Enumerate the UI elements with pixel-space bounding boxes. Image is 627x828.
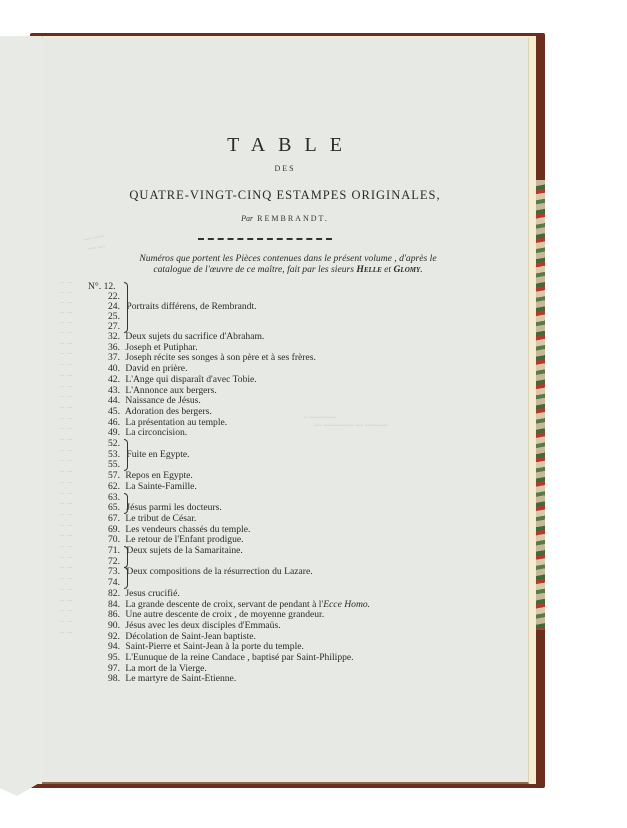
entry-number: 46.: [108, 417, 120, 428]
list-item: 46. La présentation au temple.: [108, 417, 227, 428]
list-item: 82. Jesus crucifié.: [108, 588, 180, 599]
entry-number: 40.: [108, 363, 120, 374]
list-item: 49. La circoncision.: [108, 427, 187, 438]
entry-title-italic: Ecce Homo.: [323, 599, 370, 610]
brace: [124, 493, 128, 515]
list-item: 94. Saint-Pierre et Saint-Jean à la port…: [108, 641, 304, 652]
pencil-margin-note: ·· ···: [60, 340, 72, 348]
entry-title: Repos en Egypte.: [123, 470, 193, 481]
entry-number: 42.: [108, 374, 120, 385]
pencil-annotation: ~ ~~~~~~~: [304, 414, 336, 422]
entry-number: 90.: [108, 620, 120, 631]
pencil-margin-note: ·· ···: [60, 468, 72, 476]
pencil-margin-note: ·· ···: [60, 372, 72, 380]
entry-number: 53.: [108, 449, 120, 460]
entry-number: 57.: [108, 470, 120, 481]
entry-number: 44.: [108, 395, 120, 406]
name-glomy: Glomy: [393, 264, 420, 275]
entry-title: Portraits différens, de Rembrandt.: [124, 301, 257, 312]
pencil-margin-note: ·· ···: [60, 629, 72, 637]
pencil-margin-note: ·· ···: [60, 319, 72, 327]
list-item: 32. Deux sujets du sacrifice d'Abraham.: [108, 331, 264, 342]
title-des: DES: [42, 164, 528, 173]
entry-number: 95.: [108, 652, 120, 663]
entry-title: La circoncision.: [123, 427, 187, 438]
intro-paragraph: Numéros que portent les Pièces contenues…: [108, 253, 468, 275]
list-item: 57. Repos en Egypte.: [108, 470, 193, 481]
entry-number: 63.: [108, 492, 120, 503]
list-item: 44. Naissance de Jésus.: [108, 395, 201, 406]
entry-number: 73.: [108, 566, 120, 577]
entry-title: Le tribut de César.: [123, 513, 196, 524]
list-item: 71. Deux sujets de la Samaritaine.: [108, 545, 243, 556]
list-item: 40. David en prière.: [108, 363, 187, 374]
entry-title: La Sainte-Famille.: [123, 481, 197, 492]
list-item: 52.: [108, 438, 120, 449]
entry-title: Naissance de Jésus.: [123, 395, 201, 406]
pencil-margin-note: ·· ···: [60, 415, 72, 423]
entry-title: La grande descente de croix, servant de …: [123, 599, 323, 610]
list-item: 72.: [108, 556, 120, 567]
list-item: 42. L'Ange qui disparaît d'avec Tobie.: [108, 374, 257, 385]
marbled-endpaper: [536, 180, 545, 630]
facing-leaf: [0, 36, 43, 796]
list-item: 63.: [108, 492, 120, 503]
entry-number: 92.: [108, 631, 120, 642]
par-prefix: Par: [241, 214, 253, 223]
pencil-margin-note: ·· ···: [60, 309, 72, 317]
list-item: 36. Joseph et Putiphar.: [108, 342, 198, 353]
entry-title: Les vendeurs chassés du temple.: [123, 524, 250, 535]
entry-title: La présentation au temple.: [123, 417, 227, 428]
pencil-margin-note: ·· ···: [60, 383, 72, 391]
entry-number: 97.: [108, 663, 120, 674]
entry-number: 45.: [108, 406, 120, 417]
pencil-margin-note: ·· ···: [60, 436, 72, 444]
pencil-margin-note: ·· ···: [60, 543, 72, 551]
list-item: 92. Décolation de Saint-Jean baptiste.: [108, 631, 256, 642]
entry-title: La mort de la Vierge.: [123, 663, 207, 674]
pencil-margin-note: ·· ···: [60, 554, 72, 562]
entry-title: Le retour de l'Enfant prodigue.: [123, 534, 244, 545]
intro-text: .: [420, 264, 422, 275]
entry-number: 36.: [108, 342, 120, 353]
entry-title: Deux compositions de la résurrection du …: [124, 566, 313, 577]
intro-line-2: catalogue de l'œuvre de ce maître, fait …: [108, 264, 468, 275]
entry-number: 71.: [108, 545, 120, 556]
list-item: 74.: [108, 577, 120, 588]
entry-number: 69.: [108, 524, 120, 535]
list-item: 24. Portraits différens, de Rembrandt.: [108, 301, 257, 312]
list-item: 69. Les vendeurs chassés du temple.: [108, 524, 250, 535]
pencil-margin-note: ·· ···: [60, 393, 72, 401]
brace: [124, 439, 128, 471]
pencil-margin-note: ·· ···: [60, 479, 72, 487]
entry-title: Décolation de Saint-Jean baptiste.: [123, 631, 256, 642]
intro-line-1: Numéros que portent les Pièces contenues…: [108, 253, 468, 264]
entry-title: Le martyre de Saint-Etienne.: [123, 673, 236, 684]
document-page: TABLE DES QUATRE-VINGT-CINQ ESTAMPES ORI…: [42, 38, 529, 784]
entry-number: 37.: [108, 352, 120, 363]
pencil-margin-note: ·· ···: [60, 597, 72, 605]
pencil-margin-note: ·· ···: [60, 289, 72, 297]
entry-number: 65.: [108, 502, 120, 513]
list-item: 90. Jésus avec les deux disciples d'Emma…: [108, 620, 281, 631]
pencil-margin-note: ·· ···: [60, 425, 72, 433]
list-item: 55.: [108, 459, 120, 470]
brace: [124, 282, 128, 333]
ornamental-rule: [198, 238, 332, 240]
entry-number: 98.: [108, 673, 120, 684]
list-item: 73. Deux compositions de la résurrection…: [108, 566, 313, 577]
number-label: N°.: [88, 281, 104, 292]
pencil-annotation: ~~ ~~~~~~~~ ~~ ~~~~~~: [314, 422, 387, 430]
pencil-margin-note: ·· ···: [60, 511, 72, 519]
list-item: 70. Le retour de l'Enfant prodigue.: [108, 534, 244, 545]
list-item: 43. L'Annonce aux bergers.: [108, 385, 217, 396]
entry-number: 32.: [108, 331, 120, 342]
pencil-margin-note: ·· ···: [60, 522, 72, 530]
list-item: 45. Adoration des bergers.: [108, 406, 212, 417]
entry-title: Jésus avec les deux disciples d'Emmaüs.: [123, 620, 281, 631]
entry-number: 74.: [108, 577, 120, 588]
entry-number: 55.: [108, 459, 120, 470]
entry-title: Deux sujets du sacrifice d'Abraham.: [123, 331, 264, 342]
entry-number: 86.: [108, 609, 120, 620]
pencil-margin-note: ·· ···: [60, 618, 72, 626]
page-title: TABLE: [42, 134, 528, 157]
pencil-margin-note: ·· ···: [60, 532, 72, 540]
entry-title: Deux sujets de la Samaritaine.: [124, 545, 243, 556]
pencil-margin-note: ·· ···: [60, 350, 72, 358]
entry-number: 52.: [108, 438, 120, 449]
pencil-margin-note: ·· ···: [60, 279, 72, 287]
entry-title: Joseph récite ses songes à son père et à…: [123, 352, 316, 363]
pencil-margin-note: ·· ···: [60, 329, 72, 337]
entry-number: 72.: [108, 556, 120, 567]
author-line: Par REMBRANDT.: [42, 214, 528, 223]
author-name: REMBRANDT.: [257, 214, 329, 223]
entry-title: L'Annonce aux bergers.: [123, 385, 217, 396]
pencil-margin-note: ·· ···: [60, 500, 72, 508]
list-item: 62. La Sainte-Famille.: [108, 481, 197, 492]
entry-number: 49.: [108, 427, 120, 438]
list-item: 37. Joseph récite ses songes à son père …: [108, 352, 316, 363]
list-item: 97. La mort de la Vierge.: [108, 663, 207, 674]
entry-title: David en prière.: [123, 363, 187, 374]
entry-title: Saint-Pierre et Saint-Jean à la porte du…: [123, 641, 304, 652]
entry-title: Une autre descente de croix , de moyenne…: [123, 609, 324, 620]
entry-number: 62.: [108, 481, 120, 492]
page-subtitle: QUATRE-VINGT-CINQ ESTAMPES ORIGINALES,: [42, 188, 528, 203]
entry-title: Jésus parmi les docteurs.: [124, 502, 222, 513]
pencil-margin-note: ·· ···: [60, 299, 72, 307]
list-item: 95. L'Eunuque de la reine Candace , bapt…: [108, 652, 354, 663]
entry-title: Adoration des bergers.: [123, 406, 212, 417]
pencil-margin-note: ·· ···: [60, 361, 72, 369]
entry-title: Joseph et Putiphar.: [123, 342, 198, 353]
pencil-margin-note: ·· ···: [60, 564, 72, 572]
list-item: 98. Le martyre de Saint-Etienne.: [108, 673, 236, 684]
entry-title: L'Ange qui disparaît d'avec Tobie.: [123, 374, 257, 385]
entry-number: 67.: [108, 513, 120, 524]
entry-number: 70.: [108, 534, 120, 545]
entry-title: L'Eunuque de la reine Candace , baptisé …: [123, 652, 354, 663]
pencil-margin-note: ·· ···: [60, 447, 72, 455]
entry-title: Jesus crucifié.: [123, 588, 180, 599]
pencil-annotation: ~~ ~~: [88, 243, 106, 253]
entry-number: 43.: [108, 385, 120, 396]
intro-text: catalogue de l'œuvre de ce maître, fait …: [153, 264, 356, 275]
pencil-margin-note: ·· ···: [60, 575, 72, 583]
entry-title: Fuite en Egypte.: [124, 449, 190, 460]
entry-number: 82.: [108, 588, 120, 599]
name-helle: Helle: [356, 264, 381, 275]
pencil-margin-note: ·· ···: [60, 607, 72, 615]
brace: [124, 546, 128, 568]
list-item: 84. La grande descente de croix, servant…: [108, 599, 370, 610]
pencil-margin-note: ·· ···: [60, 404, 72, 412]
brace: [124, 567, 128, 589]
entry-number: 94.: [108, 641, 120, 652]
list-item: 67. Le tribut de César.: [108, 513, 196, 524]
list-item: 53. Fuite en Egypte.: [108, 449, 190, 460]
pencil-margin-note: ·· ···: [60, 457, 72, 465]
pencil-margin-note: ·· ···: [60, 490, 72, 498]
pencil-margin-note: ·· ···: [60, 586, 72, 594]
list-item: 86. Une autre descente de croix , de moy…: [108, 609, 324, 620]
intro-text: et: [382, 264, 394, 275]
entry-number: 84.: [108, 599, 120, 610]
